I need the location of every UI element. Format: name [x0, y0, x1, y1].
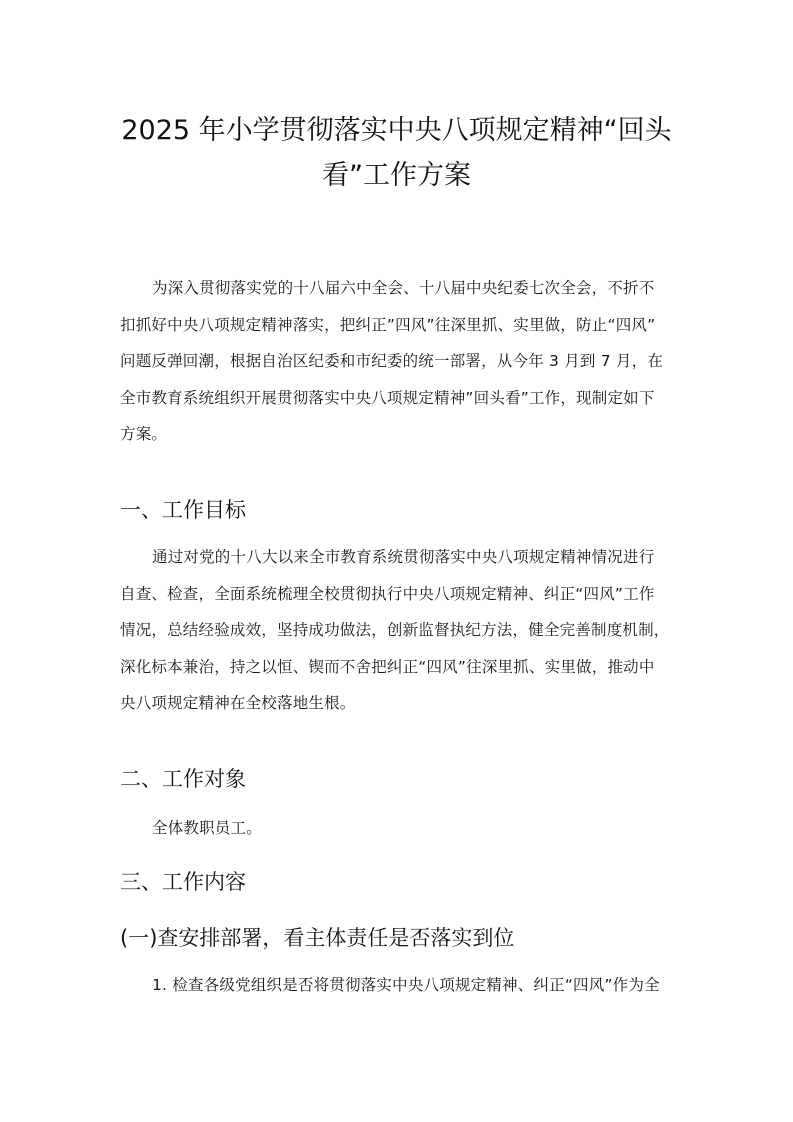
intro-line: 方案。 — [120, 416, 680, 453]
goals-paragraph: 通过对党的十八大以来全市教育系统贯彻落实中央八项规定精神情况进行 自查、检查，全… — [120, 539, 680, 722]
title-line-2: 看”工作方案 — [110, 153, 683, 198]
title-line-1: 2025 年小学贯彻落实中央八项规定精神“回头 — [110, 108, 683, 153]
subsection-1-paragraph: 1. 检查各级党组织是否将贯彻落实中央八项规定精神、纠正“四风”作为全 — [120, 967, 680, 1004]
intro-line: 为深入贯彻落实党的十八届六中全会、十八届中央纪委七次全会，不折不 — [120, 270, 680, 307]
intro-line: 问题反弹回潮，根据自治区纪委和市纪委的统一部署，从今年 3 月到 7 月，在 — [120, 343, 680, 380]
targets-line: 全体教职员工。 — [120, 810, 680, 847]
goals-line: 深化标本兼治，持之以恒、锲而不舍把纠正“四风”往深里抓、实里做，推动中 — [120, 649, 680, 686]
section-heading-content: 三、工作内容 — [120, 868, 246, 896]
intro-paragraph: 为深入贯彻落实党的十八届六中全会、十八届中央纪委七次全会，不折不 扣抓好中央八项… — [120, 270, 680, 453]
section-heading-targets: 二、工作对象 — [120, 765, 246, 793]
goals-line: 央八项规定精神在全校落地生根。 — [120, 685, 680, 722]
document-title: 2025 年小学贯彻落实中央八项规定精神“回头 看”工作方案 — [110, 108, 683, 198]
goals-line: 情况，总结经验成效，坚持成功做法，创新监督执纪方法，健全完善制度机制， — [120, 612, 680, 649]
goals-line: 通过对党的十八大以来全市教育系统贯彻落实中央八项规定精神情况进行 — [120, 539, 680, 576]
section-heading-goals: 一、工作目标 — [120, 496, 246, 524]
intro-line: 全市教育系统组织开展贯彻落实中央八项规定精神”回头看”工作，现制定如下 — [120, 380, 680, 417]
targets-paragraph: 全体教职员工。 — [120, 810, 680, 847]
subsection-heading-1: (一)查安排部署，看主体责任是否落实到位 — [120, 924, 514, 952]
intro-line: 扣抓好中央八项规定精神落实，把纠正”四风”往深里抓、实里做，防止“四风” — [120, 307, 680, 344]
document-page: 2025 年小学贯彻落实中央八项规定精神“回头 看”工作方案 为深入贯彻落实党的… — [0, 0, 793, 1122]
goals-line: 自查、检查，全面系统梳理全校贯彻执行中央八项规定精神、纠正“四风”工作 — [120, 576, 680, 613]
subsection-1-line: 1. 检查各级党组织是否将贯彻落实中央八项规定精神、纠正“四风”作为全 — [120, 967, 680, 1004]
